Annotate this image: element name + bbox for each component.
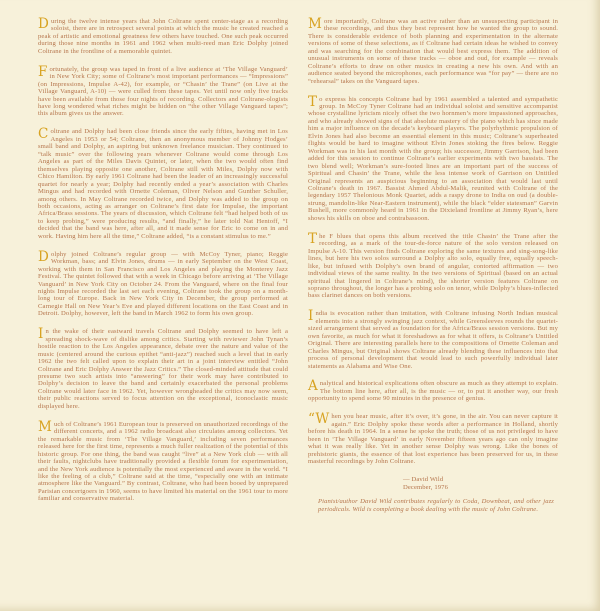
left-column: During the twelve intense years that Joh… xyxy=(38,18,288,603)
liner-notes-paragraph: Much of Coltrane’s 1961 European tour is… xyxy=(38,421,288,503)
liner-notes-paragraph: “When you hear music, after it’s over, i… xyxy=(308,413,558,465)
drop-cap: “W xyxy=(308,413,331,425)
paragraph-text: o express his concepts Coltrane had by 1… xyxy=(308,96,558,222)
author-credit-note: Pianist/author David Wild contributes re… xyxy=(318,498,554,513)
drop-cap: D xyxy=(38,18,51,30)
liner-notes-paragraph: More importantly, Coltrane was an active… xyxy=(308,18,558,85)
paragraph-text: hen you hear music, after it’s over, it’… xyxy=(308,413,558,465)
drop-cap: D xyxy=(38,251,51,263)
author-signature: — David Wild December, 1976 xyxy=(403,476,558,492)
paragraph-text: uring the twelve intense years that John… xyxy=(38,18,288,55)
liner-notes-paragraph: Coltrane and Dolphy had been close frien… xyxy=(38,128,288,240)
paragraph-text: ore importantly, Coltrane was an active … xyxy=(308,18,558,85)
paragraph-text: olphy joined Coltrane’s regular group — … xyxy=(38,251,288,318)
liner-notes-paragraph: During the twelve intense years that Joh… xyxy=(38,18,288,55)
drop-cap: T xyxy=(308,233,319,245)
drop-cap: C xyxy=(38,128,50,140)
author-name: — David Wild xyxy=(403,476,558,484)
paragraph-text: ortunately, the group was taped in front… xyxy=(38,66,288,118)
right-column: More importantly, Coltrane was an active… xyxy=(308,18,558,603)
signature-date: December, 1976 xyxy=(403,484,558,492)
liner-notes-paragraph: India is evocation rather than imitation… xyxy=(308,310,558,370)
paragraph-text: nalytical and historical explications of… xyxy=(308,380,558,402)
paragraph-text: uch of Coltrane’s 1961 European tour is … xyxy=(38,421,288,503)
paragraph-text: he F blues that opens this album receive… xyxy=(308,233,558,300)
liner-notes-paragraph: Dolphy joined Coltrane’s regular group —… xyxy=(38,251,288,318)
drop-cap: T xyxy=(308,96,319,108)
paragraph-text: ndia is evocation rather than imitation,… xyxy=(308,310,558,369)
paragraph-text: n the wake of their eastward travels Col… xyxy=(38,328,288,410)
liner-notes-paragraph: Analytical and historical explications o… xyxy=(308,380,558,402)
liner-notes-paragraph: Fortunately, the group was taped in fron… xyxy=(38,66,288,118)
drop-cap: A xyxy=(308,380,320,392)
liner-notes-paragraph: In the wake of their eastward travels Co… xyxy=(38,328,288,410)
paragraph-text: oltrane and Dolphy had been close friend… xyxy=(38,128,288,239)
drop-cap: M xyxy=(308,18,324,30)
liner-notes-paragraph: The F blues that opens this album receiv… xyxy=(308,233,558,300)
liner-notes-page: During the twelve intense years that Joh… xyxy=(0,0,600,611)
drop-cap: M xyxy=(38,421,54,433)
liner-notes-paragraph: To express his concepts Coltrane had by … xyxy=(308,96,558,223)
drop-cap: F xyxy=(38,66,50,78)
